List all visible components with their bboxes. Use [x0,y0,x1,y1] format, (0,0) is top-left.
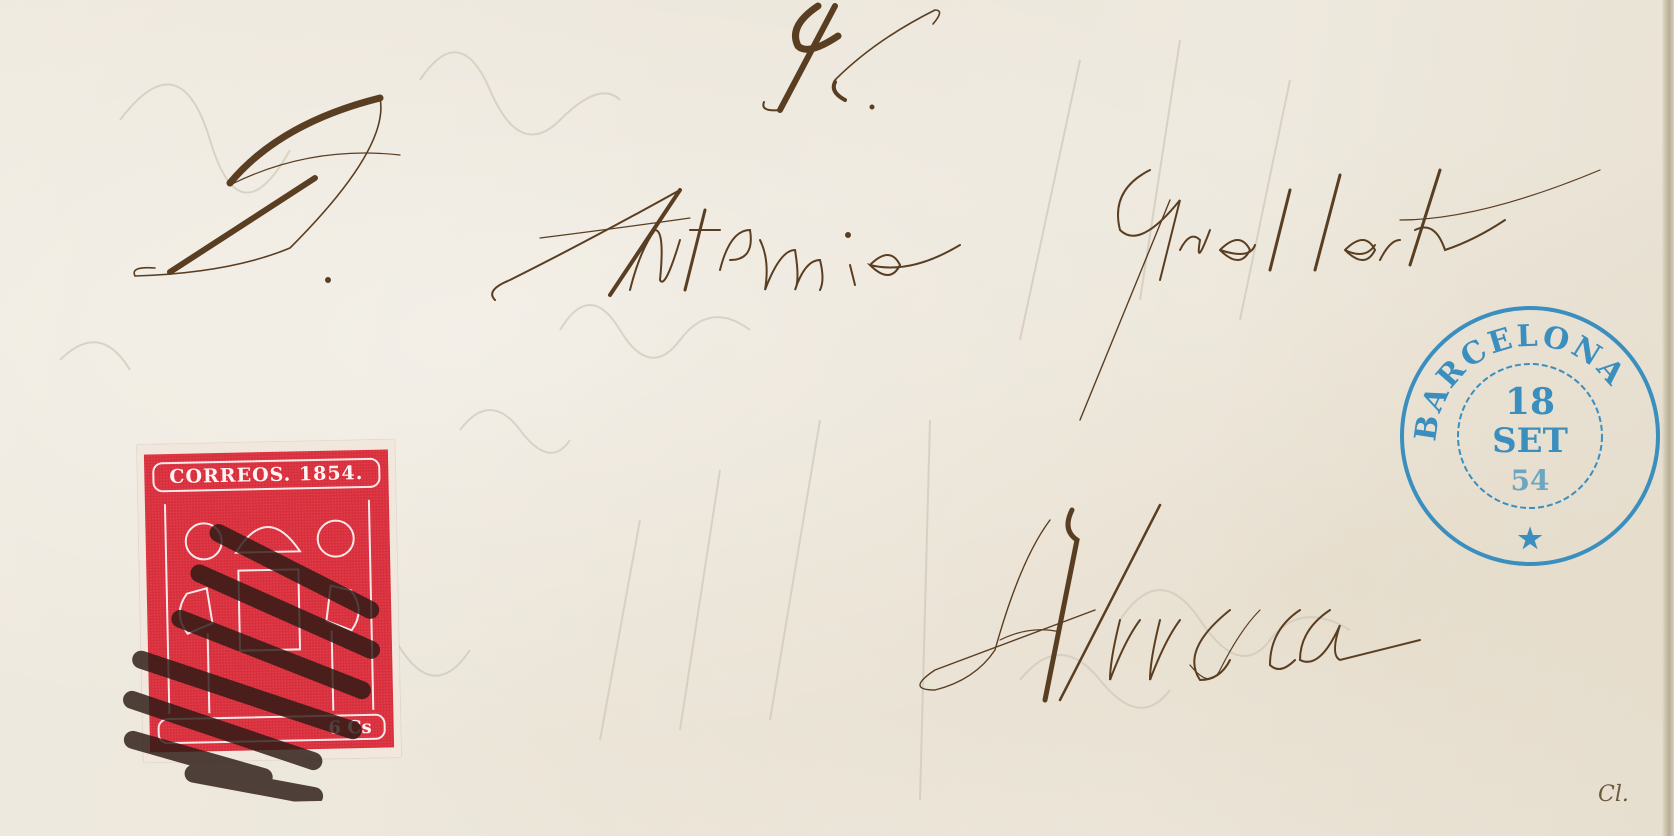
postmark-year: 54 [1511,464,1550,497]
postage-stamp: CORREOS. 1854. 6 Cs [137,439,402,762]
corner-pencil-mark: Cl. [1598,782,1629,807]
paper-edge [1662,0,1674,836]
grill-cancellation [117,439,424,805]
postmark-day: 18 [1505,381,1555,423]
honorific-handwriting [134,98,400,283]
star-icon: ★ [1517,522,1542,555]
postmark-month: SET [1492,421,1568,461]
postal-cover: CORREOS. 1854. 6 Cs [0,0,1674,836]
barcelona-postmark: BARCELONA 18 SET 54 ★ [1396,302,1664,570]
salutation-handwriting [763,6,939,110]
city-handwriting [920,505,1420,700]
